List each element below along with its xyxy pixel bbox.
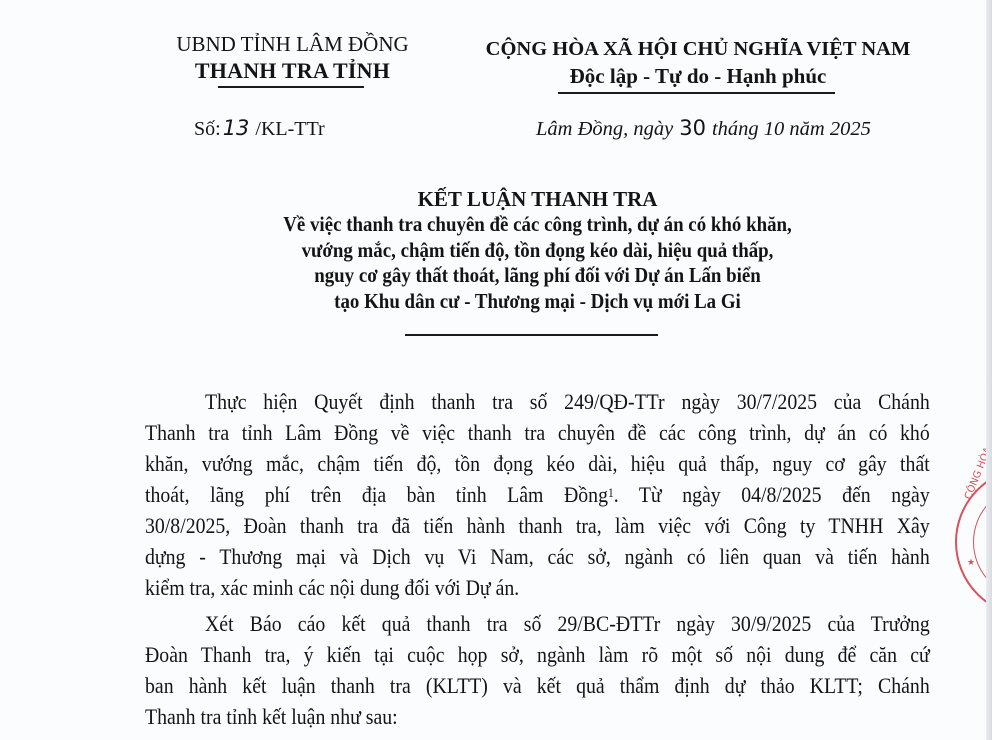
seal-star-icon: ★ [967, 557, 975, 568]
agency-parent: UBND TỈNH LÂM ĐỒNG [170, 32, 415, 57]
doc-number-value: 13 [223, 116, 250, 140]
paragraph-line: Đoàn Thanh tra, ý kiến tại cuộc họp sở, … [145, 639, 930, 670]
subject-line: tạo Khu dân cư - Thương mại - Dịch vụ mớ… [184, 289, 891, 315]
national-title: CỘNG HÒA XÃ HỘI CHỦ NGHĨA VIỆT NAM [468, 38, 928, 61]
scan-edge [986, 0, 992, 740]
paragraph-line: Thực hiện Quyết định thanh tra số 249/QĐ… [145, 386, 930, 417]
title-underline [405, 334, 658, 336]
paragraph-line: khăn, vướng mắc, chậm tiến độ, tồn đọng … [145, 448, 930, 479]
place-date: Lâm Đồng, ngày30tháng 10 năm 2025 [536, 116, 871, 141]
agency-name: THANH TRA TỈNH [170, 58, 415, 84]
paragraph-line: dựng - Thương mại và Dịch vụ Vi Nam, các… [145, 541, 930, 572]
subject-line: vướng mắc, chậm tiến độ, tồn đọng kéo dà… [184, 238, 891, 264]
footnote-reference[interactable]: 1 [608, 485, 614, 500]
subject-line: nguy cơ gây thất thoát, lãng phí đối với… [184, 263, 891, 289]
paragraph-1: Thực hiện Quyết định thanh tra số 249/QĐ… [145, 386, 930, 603]
agency-underline [218, 86, 364, 88]
paragraph-line: ban hành kết luận thanh tra (KLTT) và kế… [145, 670, 930, 701]
document-page: UBND TỈNH LÂM ĐỒNG THANH TRA TỈNH Số:13/… [0, 0, 992, 740]
national-motto: Độc lập - Tự do - Hạnh phúc [468, 64, 928, 89]
doc-number-prefix: Số: [194, 118, 221, 140]
document-title: KẾT LUẬN THANH TRA [145, 186, 930, 212]
paragraph-line: kiểm tra, xác minh các nội dung đối với … [145, 572, 930, 603]
place-date-day: 30 [679, 116, 706, 140]
motto-underline [558, 92, 835, 94]
paragraph-line: 30/8/2025, Đoàn thanh tra đã tiến hành t… [145, 510, 930, 541]
subject-line: Về việc thanh tra chuyên đề các công trì… [184, 212, 891, 238]
paragraph-2: Xét Báo cáo kết quả thanh tra số 29/BC-Đ… [145, 608, 930, 732]
document-number: Số:13/KL-TTr [194, 116, 325, 141]
place-date-suffix: tháng 10 năm 2025 [712, 118, 871, 140]
paragraph-line: Xét Báo cáo kết quả thanh tra số 29/BC-Đ… [145, 608, 930, 639]
paragraph-line: thoát, lãng phí trên địa bàn tỉnh Lâm Đồ… [145, 479, 930, 510]
page-clip: UBND TỈNH LÂM ĐỒNG THANH TRA TỈNH Số:13/… [0, 0, 986, 740]
paragraph-line: Thanh tra tỉnh kết luận như sau: [145, 701, 930, 732]
paragraph-line: Thanh tra tỉnh Lâm Đồng về việc thanh tr… [145, 417, 930, 448]
official-seal-stamp: CỘNG HÒA XÃ ★ [955, 467, 986, 617]
seal-inner-ring [973, 485, 986, 599]
doc-number-suffix: /KL-TTr [255, 118, 324, 140]
seal-text: CỘNG HÒA XÃ [963, 430, 986, 501]
document-title-block: KẾT LUẬN THANH TRA Về việc thanh tra chu… [145, 186, 930, 314]
place-date-prefix: Lâm Đồng, ngày [536, 118, 673, 140]
